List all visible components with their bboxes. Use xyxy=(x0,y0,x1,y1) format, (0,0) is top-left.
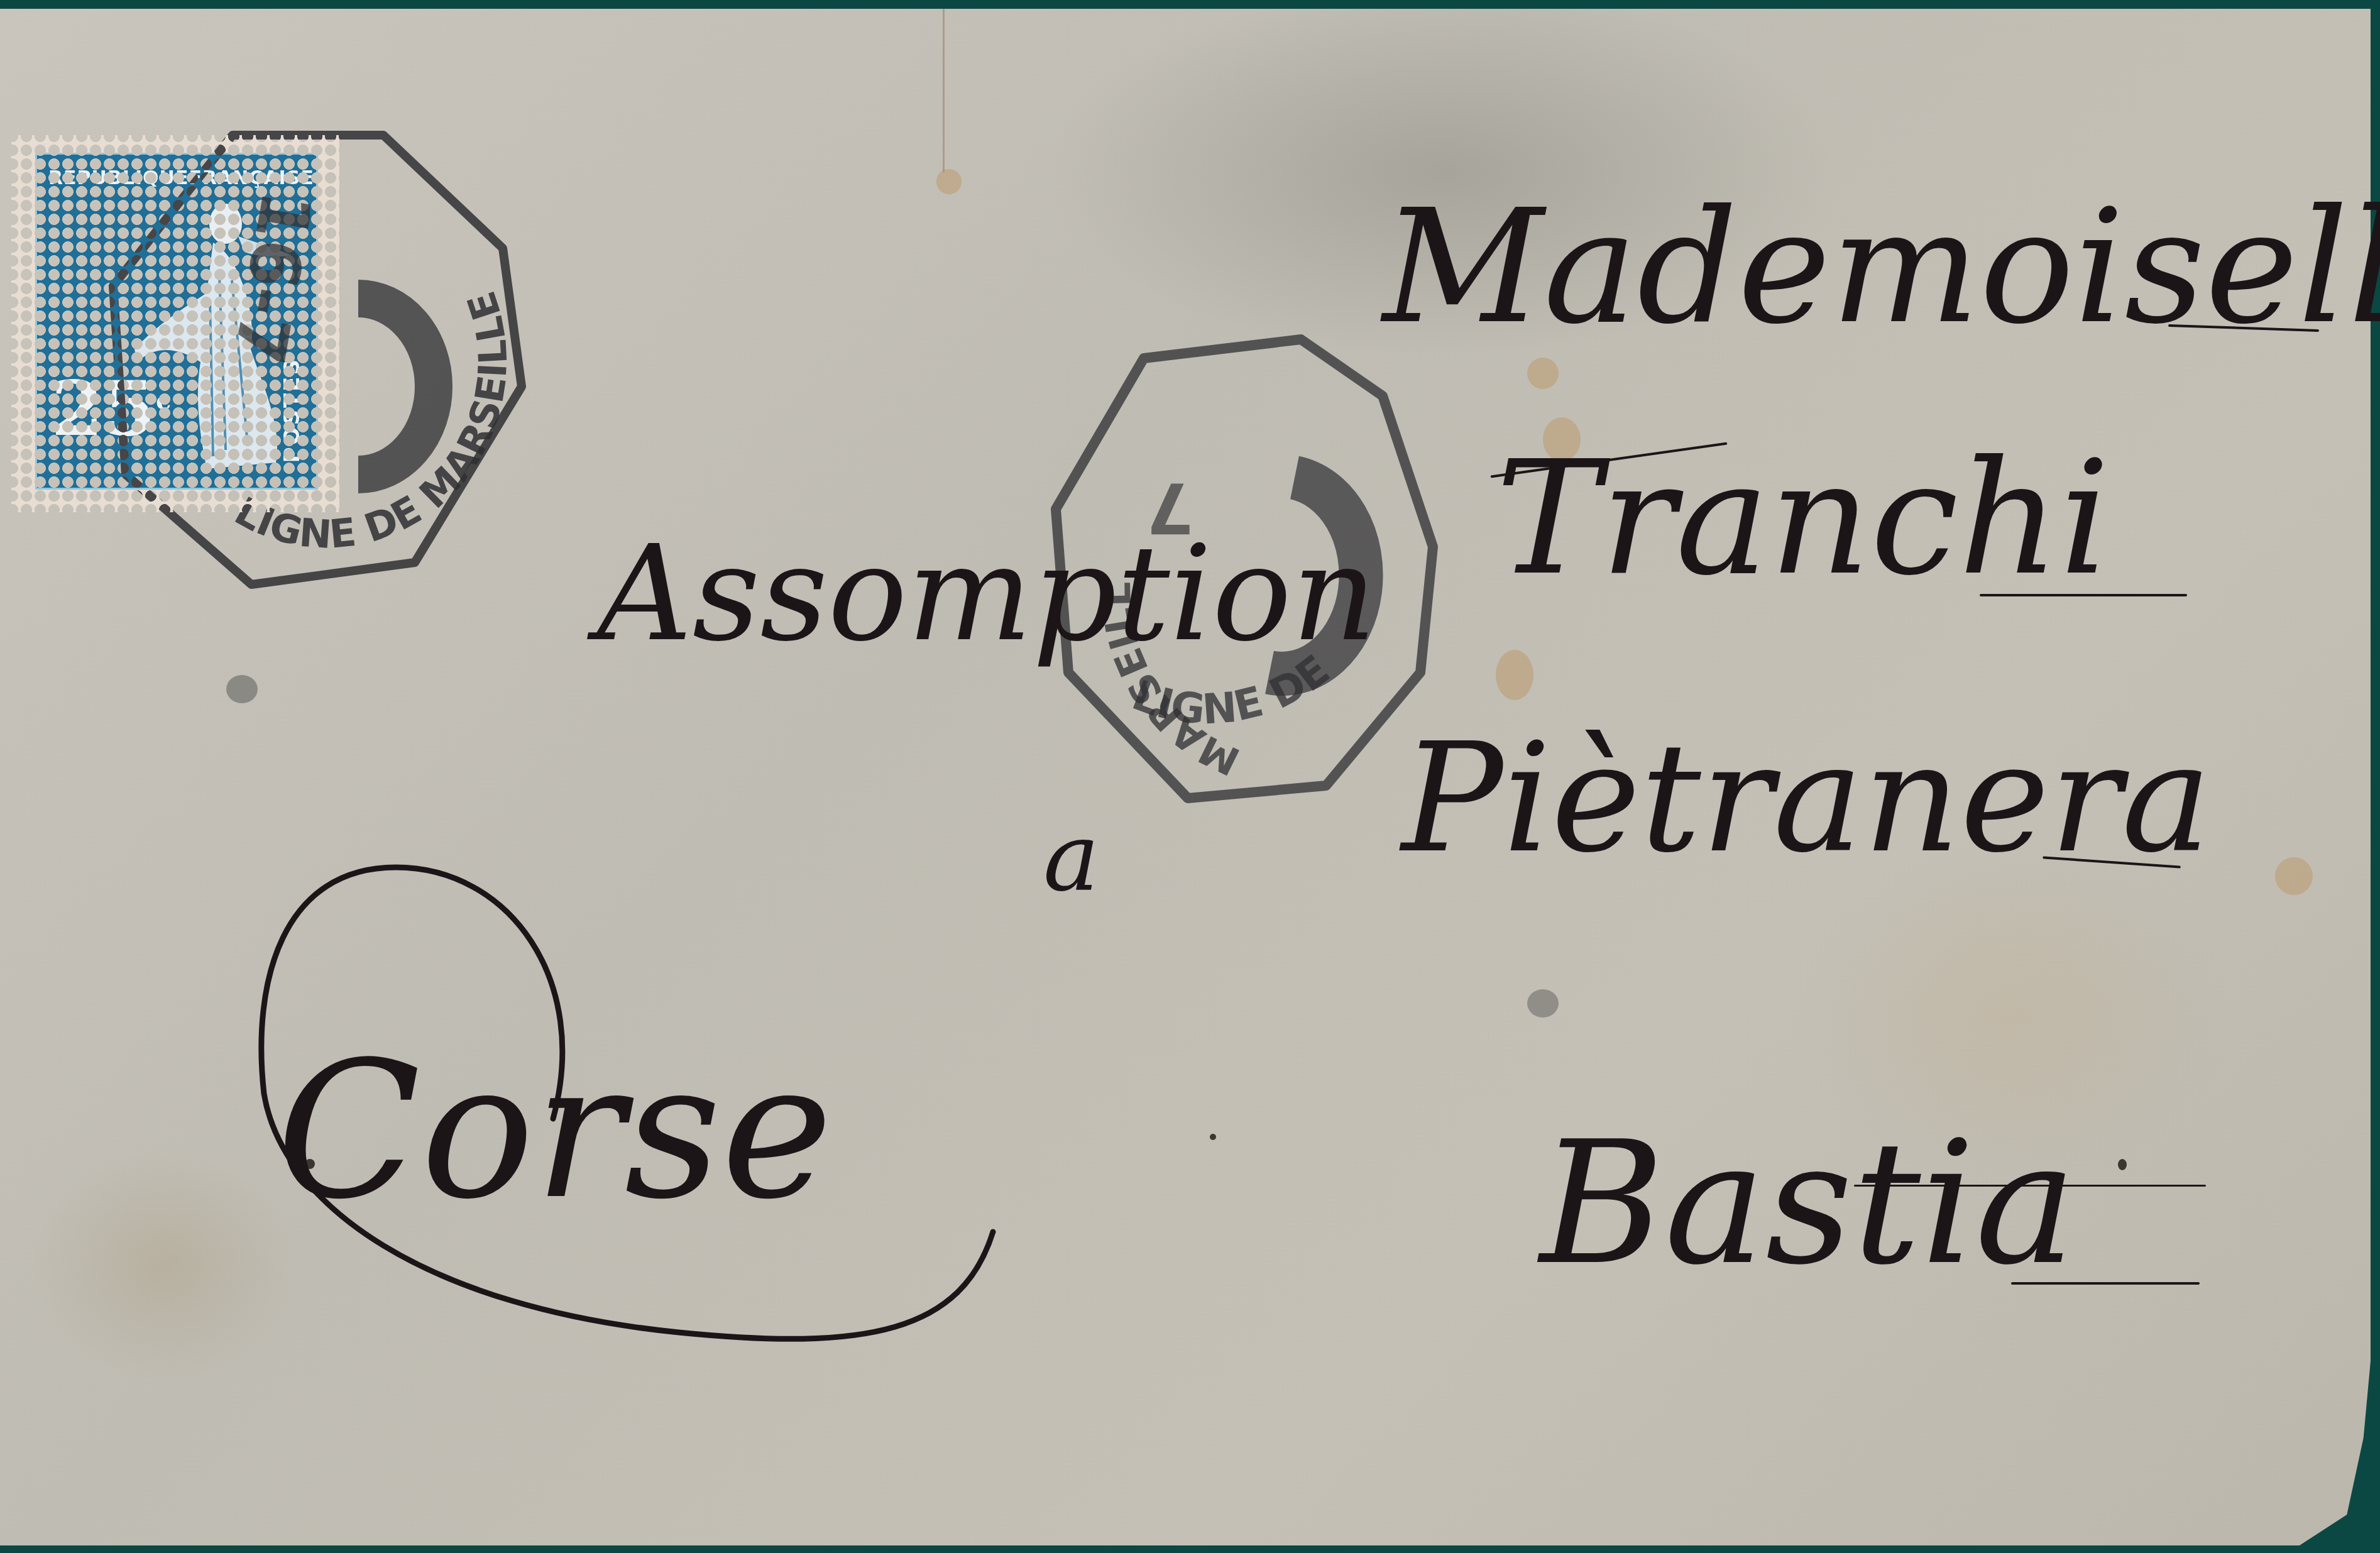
region-flourish xyxy=(239,855,1024,1358)
ink-fleck xyxy=(1527,989,1559,1018)
city-flourish xyxy=(1854,1185,2206,1187)
postmark-left-date: 16-7 xyxy=(75,145,365,537)
address-preposition: a xyxy=(1043,811,1099,905)
surname-flourish xyxy=(1980,594,2187,596)
foxing-stain xyxy=(1496,650,1533,700)
foxing-stain xyxy=(936,169,962,194)
ink-fleck xyxy=(226,675,258,703)
ink-fleck xyxy=(1210,1134,1216,1140)
foxing-stain xyxy=(1527,358,1559,389)
address-given-name: Assomption xyxy=(597,528,1376,660)
postmark-left-date-text: 16-7 xyxy=(218,185,327,370)
foxing-stain xyxy=(2275,857,2313,895)
address-locality: Piètranera xyxy=(1401,723,2212,874)
city-underline xyxy=(2011,1282,2200,1285)
envelope-fold xyxy=(943,9,945,172)
address-salutation: Mademoiselle xyxy=(1383,189,2380,346)
ink-fleck xyxy=(2118,1159,2127,1170)
address-city: Bastia xyxy=(1540,1119,2076,1288)
